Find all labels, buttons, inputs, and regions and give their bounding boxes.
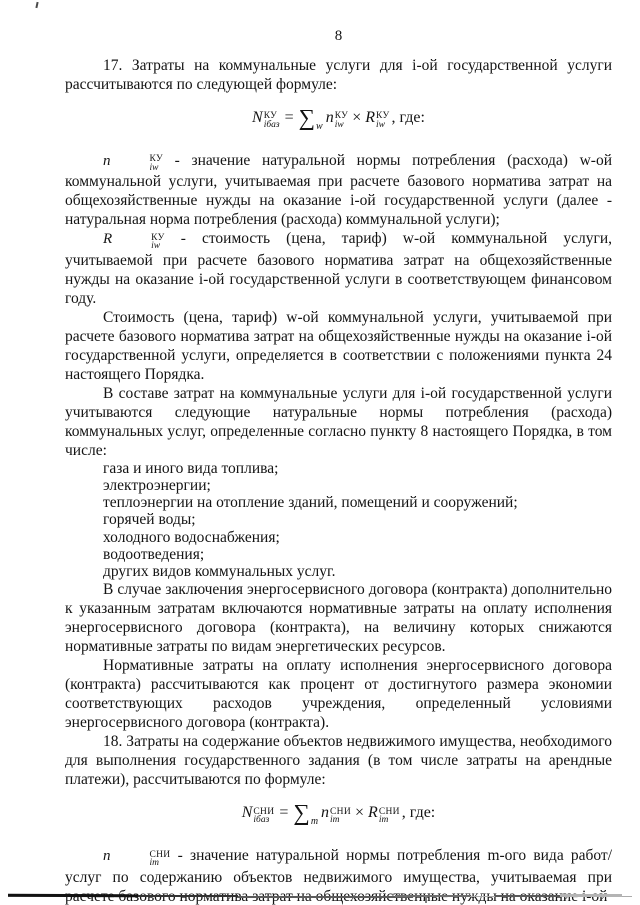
inline-symbol-n-sni: nСНИim [103, 848, 170, 864]
formula-tail: , где: [391, 109, 424, 126]
formula-norm-symbol: nСНИim [321, 804, 351, 821]
equals-sign: = [285, 109, 294, 126]
var-N: N [252, 109, 263, 126]
paragraph-energy-contract-1: В случае заключения энергосервисного дог… [65, 580, 612, 656]
var-N: N [242, 804, 253, 821]
sum-index: m [311, 816, 318, 827]
paragraph-18: 18. Затраты на содержание объектов недви… [65, 732, 612, 789]
multiply-sign: × [355, 804, 364, 821]
formula-property-maintenance: NСНИiбаз=∑mnСНИim×RСНИim, где: [65, 800, 612, 835]
page-number: 8 [65, 27, 612, 45]
formula-tariff-symbol: RКУiw [365, 109, 389, 126]
list-item: теплоэнергии на отопление зданий, помеще… [65, 494, 612, 511]
communal-services-list: газа и иного вида топлива; электроэнерги… [65, 460, 612, 580]
formula-communal-services: NКУiбаз=∑wnКУiw×RКУiw, где: [65, 105, 612, 140]
list-item: электроэнергии; [65, 477, 612, 494]
formula-tariff-symbol: RСНИim [368, 804, 400, 821]
inline-symbol-n-ku: nКУiw [103, 153, 163, 169]
list-item: других видов коммунальных услуг. [65, 563, 612, 580]
paragraph-17: 17. Затраты на коммунальные услуги для i… [65, 56, 612, 94]
list-item: холодного водоснабжения; [65, 529, 612, 546]
script-stack: СНИim [379, 808, 400, 825]
paragraph-energy-contract-2: Нормативные затраты на оплату исполнения… [65, 656, 612, 732]
inline-symbol-r-ku: RКУiw [103, 231, 165, 247]
list-item: горячей воды; [65, 511, 612, 528]
script-stack: КУiбаз [264, 112, 280, 129]
definition-r-ku: RКУiw - стоимость (цена, тариф) w-ой ком… [65, 229, 612, 307]
definition-n-ku: nКУiw - значение натуральной нормы потре… [65, 151, 612, 229]
paragraph-composition: В составе затрат на коммунальные услуги … [65, 384, 612, 460]
script-stack: КУiw [335, 112, 348, 129]
var-R: R [365, 109, 375, 126]
document-page: 8 17. Затраты на коммунальные услуги для… [0, 0, 640, 905]
sum-index: w [316, 121, 323, 132]
list-item: газа и иного вида топлива; [65, 460, 612, 477]
definition-n-sni: nСНИim - значение натуральной нормы потр… [65, 846, 612, 905]
scan-speck-top-left [35, 2, 38, 8]
formula-lhs-symbol: NСНИiбаз [242, 804, 275, 821]
var-R: R [368, 804, 378, 821]
var-n: n [326, 109, 334, 126]
script-stack: СНИim [330, 808, 351, 825]
script-stack: КУiw [376, 112, 389, 129]
sum-symbol: ∑ [299, 105, 315, 130]
paragraph-cost: Стоимость (цена, тариф) w-ой коммунально… [65, 308, 612, 384]
script-stack: СНИiбаз [253, 808, 274, 825]
var-n: n [321, 804, 329, 821]
equals-sign: = [279, 804, 288, 821]
formula-norm-symbol: nКУiw [326, 109, 348, 126]
multiply-sign: × [352, 109, 361, 126]
formula-tail: , где: [402, 804, 435, 821]
sum-symbol: ∑ [293, 800, 309, 825]
formula-lhs-symbol: NКУiбаз [252, 109, 280, 126]
page-content: 8 17. Затраты на коммунальные услуги для… [65, 27, 612, 905]
list-item: водоотведения; [65, 546, 612, 563]
